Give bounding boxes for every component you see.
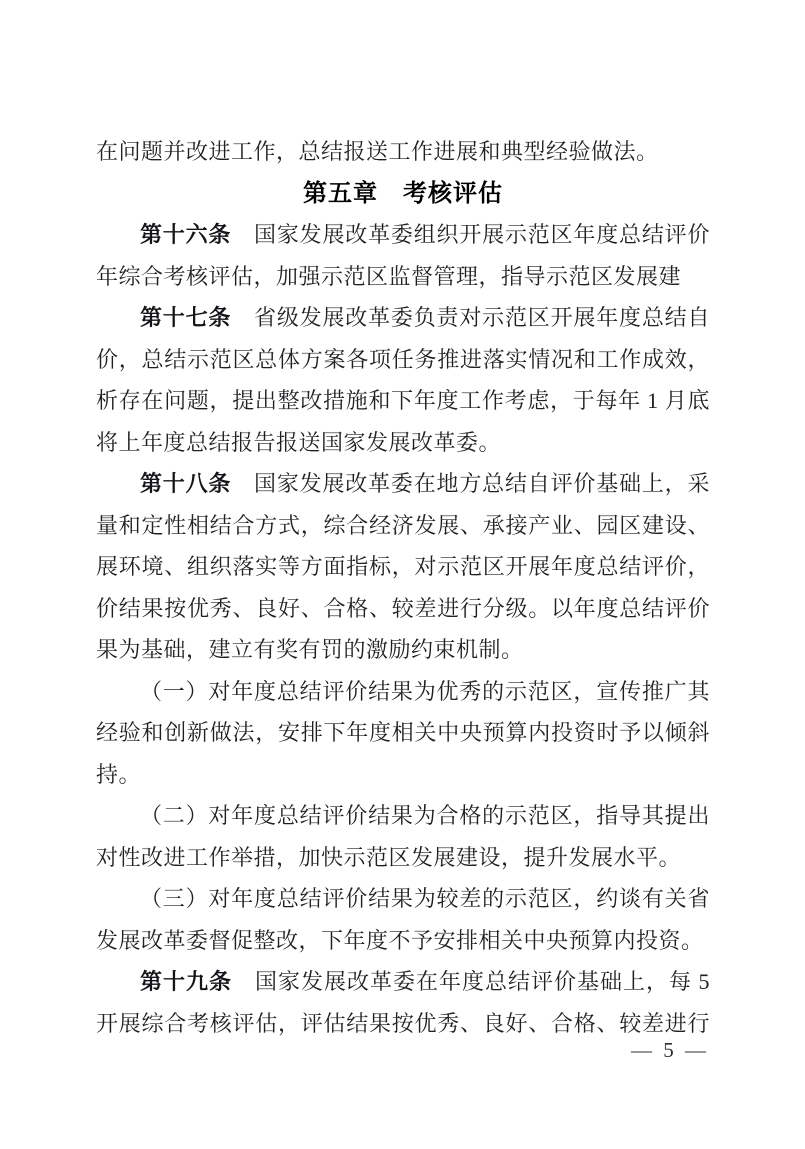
article-number: 第十九条 (140, 969, 232, 994)
document-line: （一）对年度总结评价结果为优秀的示范区，宣传推广其典型 (96, 671, 710, 713)
document-line: 经验和创新做法，安排下年度相关中央预算内投资时予以倾斜支 (96, 712, 710, 754)
document-line: 开展综合考核评估，评估结果按优秀、良好、合格、较差进行分 (96, 1003, 710, 1045)
document-line: 第十六条 国家发展改革委组织开展示范区年度总结评价和 5 (96, 214, 710, 256)
document-line: 第十七条 省级发展改革委负责对示范区开展年度总结自评 (96, 297, 710, 339)
document-line: 价，总结示范区总体方案各项任务推进落实情况和工作成效，分 (96, 339, 710, 381)
document-line: 析存在问题，提出整改措施和下年度工作考虑，于每年 1 月底前 (96, 380, 710, 422)
document-line: 持。 (96, 754, 710, 796)
document-line: 对性改进工作举措，加快示范区发展建设，提升发展水平。 (96, 837, 710, 879)
document-line: 发展改革委督促整改，下年度不予安排相关中央预算内投资。 (96, 920, 710, 962)
document-line: 年综合考核评估，加强示范区监督管理，指导示范区发展建设。 (96, 256, 710, 298)
article-number: 第十八条 (140, 471, 231, 496)
document-line: 果为基础，建立有奖有罚的激励约束机制。 (96, 629, 710, 671)
article-number: 第十七条 (140, 305, 231, 330)
document-line: 在问题并改进工作，总结报送工作进展和典型经验做法。 (96, 131, 710, 173)
document-line: 价结果按优秀、良好、合格、较差进行分级。以年度总结评价结 (96, 588, 710, 630)
page-number: — 5 — (631, 1034, 709, 1066)
document-body: 在问题并改进工作，总结报送工作进展和典型经验做法。第五章 考核评估第十六条 国家… (96, 131, 710, 1044)
document-line: 第十八条 国家发展改革委在地方总结自评价基础上，采取定 (96, 463, 710, 505)
document-line: 量和定性相结合方式，综合经济发展、承接产业、园区建设、发 (96, 505, 710, 547)
document-line: （三）对年度总结评价结果为较差的示范区，约谈有关省级 (96, 878, 710, 920)
document-line: 展环境、组织落实等方面指标，对示范区开展年度总结评价，评 (96, 546, 710, 588)
document-page: 在问题并改进工作，总结报送工作进展和典型经验做法。第五章 考核评估第十六条 国家… (0, 0, 805, 1149)
chapter-heading: 第五章 考核评估 (96, 173, 710, 215)
document-line: （二）对年度总结评价结果为合格的示范区，指导其提出针 (96, 795, 710, 837)
document-line: 将上年度总结报告报送国家发展改革委。 (96, 422, 710, 464)
article-number: 第十六条 (140, 222, 231, 247)
document-line: 第十九条 国家发展改革委在年度总结评价基础上，每 5 年 (96, 961, 710, 1003)
